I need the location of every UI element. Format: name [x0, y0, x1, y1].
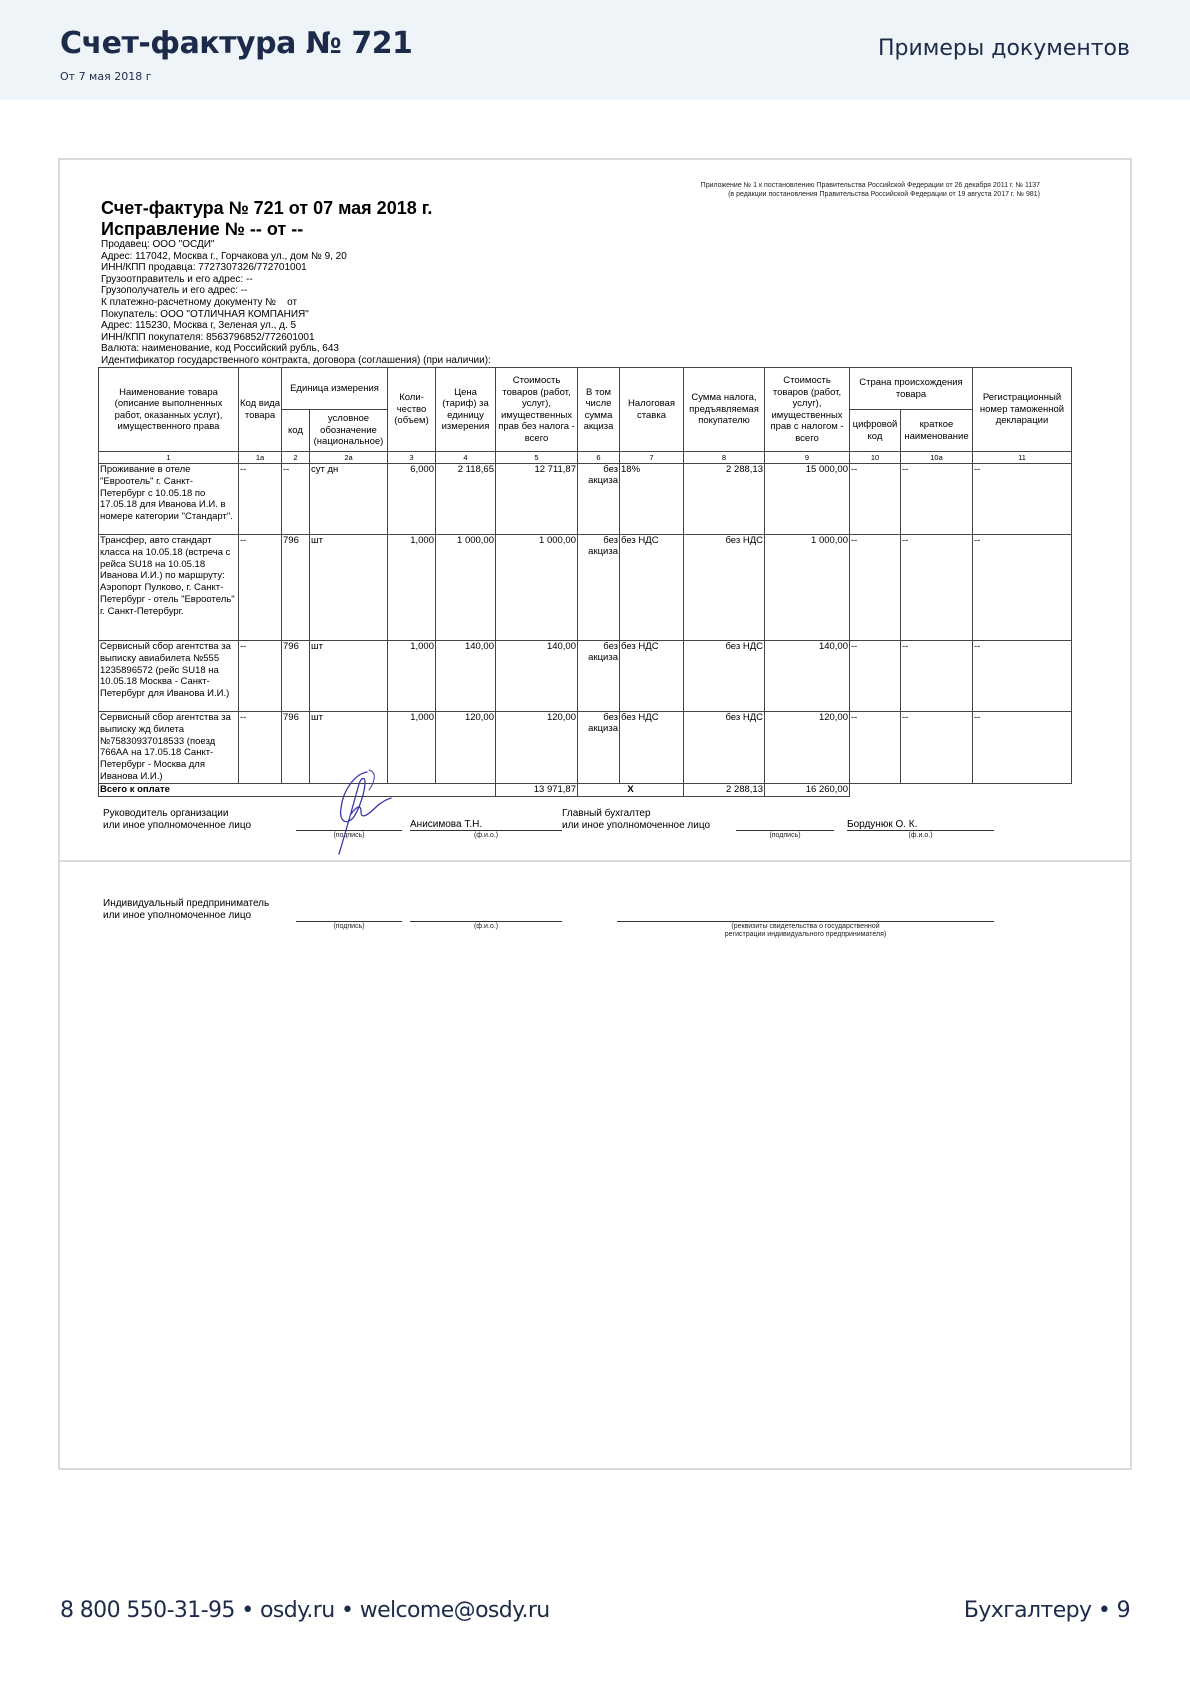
item-country-code: --: [850, 712, 901, 784]
total-excise-tax-rate: X: [578, 783, 684, 796]
column-number: 1: [99, 452, 239, 464]
entrepreneur-label-line: Индивидуальный предприниматель: [103, 898, 269, 910]
item-tax-amount: без НДС: [684, 712, 765, 784]
header-quantity: Коли-чество (объем): [388, 368, 436, 452]
table-row: Проживание в отеле "Евроотель" г. Санкт-…: [99, 464, 1072, 535]
page-title: Счет-фактура № 721: [60, 26, 412, 61]
entrepreneur-label-line: или иное уполномоченное лицо: [103, 910, 269, 922]
item-excise: без акциза: [578, 464, 620, 535]
column-number: 6: [578, 452, 620, 464]
item-type-code: --: [239, 712, 282, 784]
table-row: Трансфер, авто стандарт класса на 10.05.…: [99, 535, 1072, 641]
item-type-code: --: [239, 464, 282, 535]
buyer-field: Покупатель: ООО "ОТЛИЧНАЯ КОМПАНИЯ": [101, 309, 491, 321]
item-country-name: --: [901, 464, 973, 535]
header-tax-rate: Налоговая ставка: [620, 368, 684, 452]
item-cost-with-tax: 15 000,00: [765, 464, 850, 535]
item-quantity: 1,000: [388, 535, 436, 641]
column-number: 7: [620, 452, 684, 464]
item-cost-no-tax: 1 000,00: [496, 535, 578, 641]
entrepreneur-details-caption: (реквизиты свидетельства о государственн…: [617, 923, 994, 939]
table-row: Сервисный сбор агентства за выписку авиа…: [99, 641, 1072, 712]
accountant-name: Бордунюк О. К.: [847, 819, 917, 830]
item-quantity: 1,000: [388, 641, 436, 712]
currency-field: Валюта: наименование, код Российский руб…: [101, 343, 491, 355]
entrepreneur-signature-caption: (подпись): [296, 923, 402, 930]
header-unit-code: код: [282, 410, 310, 452]
column-number: 3: [388, 452, 436, 464]
header-country-code: цифровой код: [850, 410, 901, 452]
director-fio-caption: (ф.и.о.): [410, 832, 562, 839]
accountant-signature-caption: (подпись): [736, 832, 834, 839]
invoice-fields: Продавец: ООО "ОСДИ" Адрес: 117042, Моск…: [101, 239, 491, 367]
column-number: 2: [282, 452, 310, 464]
column-number: 10: [850, 452, 901, 464]
consignee-field: Грузополучатель и его адрес: --: [101, 285, 491, 297]
header-type-code: Код вида товара: [239, 368, 282, 452]
item-customs: --: [973, 464, 1072, 535]
item-unit-name: шт: [310, 535, 388, 641]
item-tax-rate: без НДС: [620, 535, 684, 641]
item-unit-code: 796: [282, 712, 310, 784]
contract-id-field: Идентификатор государственного контракта…: [101, 355, 491, 367]
accountant-label-line: Главный бухгалтер: [562, 808, 710, 820]
item-country-name: --: [901, 712, 973, 784]
header-excise: В том числе сумма акциза: [578, 368, 620, 452]
header-tax-amount: Сумма налога, предъявляемая покупателю: [684, 368, 765, 452]
item-unit-code: --: [282, 464, 310, 535]
entrepreneur-signature-line: [296, 921, 402, 922]
item-cost-no-tax: 140,00: [496, 641, 578, 712]
shipper-field: Грузоотправитель и его адрес: --: [101, 274, 491, 286]
item-excise: без акциза: [578, 641, 620, 712]
entrepreneur-fio-caption: (ф.и.о.): [410, 923, 562, 930]
item-country-name: --: [901, 535, 973, 641]
item-price: 140,00: [436, 641, 496, 712]
seller-field: Продавец: ООО "ОСДИ": [101, 239, 491, 251]
column-number: 10а: [901, 452, 973, 464]
header-customs: Регистрационный номер таможенной деклара…: [973, 368, 1072, 452]
seller-address-field: Адрес: 117042, Москва г., Горчакова ул.,…: [101, 251, 491, 263]
director-label-line: Руководитель организации: [103, 808, 251, 820]
item-cost-with-tax: 1 000,00: [765, 535, 850, 641]
item-price: 120,00: [436, 712, 496, 784]
item-price: 1 000,00: [436, 535, 496, 641]
details-caption-line: (реквизиты свидетельства о государственн…: [617, 923, 994, 931]
page-subtitle: От 7 мая 2018 г: [60, 70, 151, 83]
item-country-code: --: [850, 641, 901, 712]
footer-page-label: Бухгалтеру • 9: [964, 1598, 1130, 1623]
director-label: Руководитель организации или иное уполно…: [103, 808, 251, 831]
accountant-label-line: или иное уполномоченное лицо: [562, 820, 710, 832]
column-number: 8: [684, 452, 765, 464]
invoice-title-line: Счет-фактура № 721 от 07 мая 2018 г.: [101, 198, 432, 219]
item-unit-name: сут дн: [310, 464, 388, 535]
item-tax-amount: без НДС: [684, 641, 765, 712]
document-divider: [58, 860, 1132, 862]
director-label-line: или иное уполномоченное лицо: [103, 820, 251, 832]
item-customs: --: [973, 641, 1072, 712]
item-unit-code: 796: [282, 641, 310, 712]
item-quantity: 6,000: [388, 464, 436, 535]
header-name: Наименование товара (описание выполненны…: [99, 368, 239, 452]
director-name: Анисимова Т.Н.: [410, 819, 482, 830]
item-cost-with-tax: 140,00: [765, 641, 850, 712]
total-label: Всего к оплате: [99, 783, 496, 796]
table-row: Сервисный сбор агентства за выписку жд б…: [99, 712, 1072, 784]
appendix-line: (в редакции постановления Правительства …: [560, 190, 1040, 199]
director-fio-line: [410, 830, 562, 831]
item-excise: без акциза: [578, 535, 620, 641]
header-country-name: краткое наименование: [901, 410, 973, 452]
invoice-table: Наименование товара (описание выполненны…: [98, 367, 1072, 797]
column-number: 4: [436, 452, 496, 464]
item-type-code: --: [239, 641, 282, 712]
item-cost-no-tax: 12 711,87: [496, 464, 578, 535]
details-caption-line: регистрации индивидуального предпринимат…: [617, 931, 994, 939]
total-row: Всего к оплате 13 971,87 X 2 288,13 16 2…: [99, 783, 1072, 796]
item-name: Проживание в отеле "Евроотель" г. Санкт-…: [99, 464, 239, 535]
item-tax-amount: без НДС: [684, 535, 765, 641]
item-cost-no-tax: 120,00: [496, 712, 578, 784]
page-header: Счет-фактура № 721 От 7 мая 2018 г Приме…: [0, 0, 1190, 100]
accountant-fio-line: [847, 830, 994, 831]
entrepreneur-fio-line: [410, 921, 562, 922]
item-unit-code: 796: [282, 535, 310, 641]
column-number: 9: [765, 452, 850, 464]
total-tax-amount: 2 288,13: [684, 783, 765, 796]
total-cost-no-tax: 13 971,87: [496, 783, 578, 796]
total-cost-with-tax: 16 260,00: [765, 783, 850, 796]
correction-title-line: Исправление № -- от --: [101, 219, 432, 240]
item-customs: --: [973, 535, 1072, 641]
item-name: Трансфер, авто стандарт класса на 10.05.…: [99, 535, 239, 641]
accountant-signature-line: [736, 830, 834, 831]
buyer-inn-field: ИНН/КПП покупателя: 8563796852/772601001: [101, 332, 491, 344]
accountant-fio-caption: (ф.и.о.): [847, 832, 994, 839]
header-cost-with-tax: Стоимость товаров (работ, услуг), имущес…: [765, 368, 850, 452]
item-country-code: --: [850, 535, 901, 641]
header-cost-no-tax: Стоимость товаров (работ, услуг), имущес…: [496, 368, 578, 452]
invoice-title: Счет-фактура № 721 от 07 мая 2018 г. Исп…: [101, 198, 432, 240]
handwritten-signature-icon: [325, 768, 395, 858]
item-name: Сервисный сбор агентства за выписку жд б…: [99, 712, 239, 784]
header-unit: Единица измерения: [282, 368, 388, 410]
item-tax-rate: без НДС: [620, 641, 684, 712]
item-country-code: --: [850, 464, 901, 535]
column-number: 1а: [239, 452, 282, 464]
payment-doc-field: К платежно-расчетному документу № от: [101, 297, 491, 309]
appendix-note: Приложение № 1 к постановлению Правитель…: [560, 181, 1040, 199]
item-customs: --: [973, 712, 1072, 784]
appendix-line: Приложение № 1 к постановлению Правитель…: [560, 181, 1040, 190]
item-tax-rate: 18%: [620, 464, 684, 535]
header-country: Страна происхождения товара: [850, 368, 973, 410]
item-cost-with-tax: 120,00: [765, 712, 850, 784]
item-excise: без акциза: [578, 712, 620, 784]
item-tax-amount: 2 288,13: [684, 464, 765, 535]
item-type-code: --: [239, 535, 282, 641]
total-empty: [850, 783, 1072, 796]
entrepreneur-details-line: [617, 921, 994, 922]
header-price: Цена (тариф) за единицу измерения: [436, 368, 496, 452]
column-number: 2а: [310, 452, 388, 464]
entrepreneur-label: Индивидуальный предприниматель или иное …: [103, 898, 269, 921]
column-number: 5: [496, 452, 578, 464]
column-numbers-row: 1 1а 2 2а 3 4 5 6 7 8 9 10 10а 11: [99, 452, 1072, 464]
item-tax-rate: без НДС: [620, 712, 684, 784]
column-number: 11: [973, 452, 1072, 464]
section-title: Примеры документов: [878, 36, 1130, 61]
buyer-address-field: Адрес: 115230, Москва г, Зеленая ул., д.…: [101, 320, 491, 332]
header-unit-name: условное обозначение (национальное): [310, 410, 388, 452]
seller-inn-field: ИНН/КПП продавца: 7727307326/772701001: [101, 262, 491, 274]
item-country-name: --: [901, 641, 973, 712]
footer-contacts: 8 800 550-31-95 • osdy.ru • welcome@osdy…: [60, 1598, 550, 1623]
accountant-label: Главный бухгалтер или иное уполномоченно…: [562, 808, 710, 831]
item-unit-name: шт: [310, 641, 388, 712]
item-name: Сервисный сбор агентства за выписку авиа…: [99, 641, 239, 712]
item-price: 2 118,65: [436, 464, 496, 535]
